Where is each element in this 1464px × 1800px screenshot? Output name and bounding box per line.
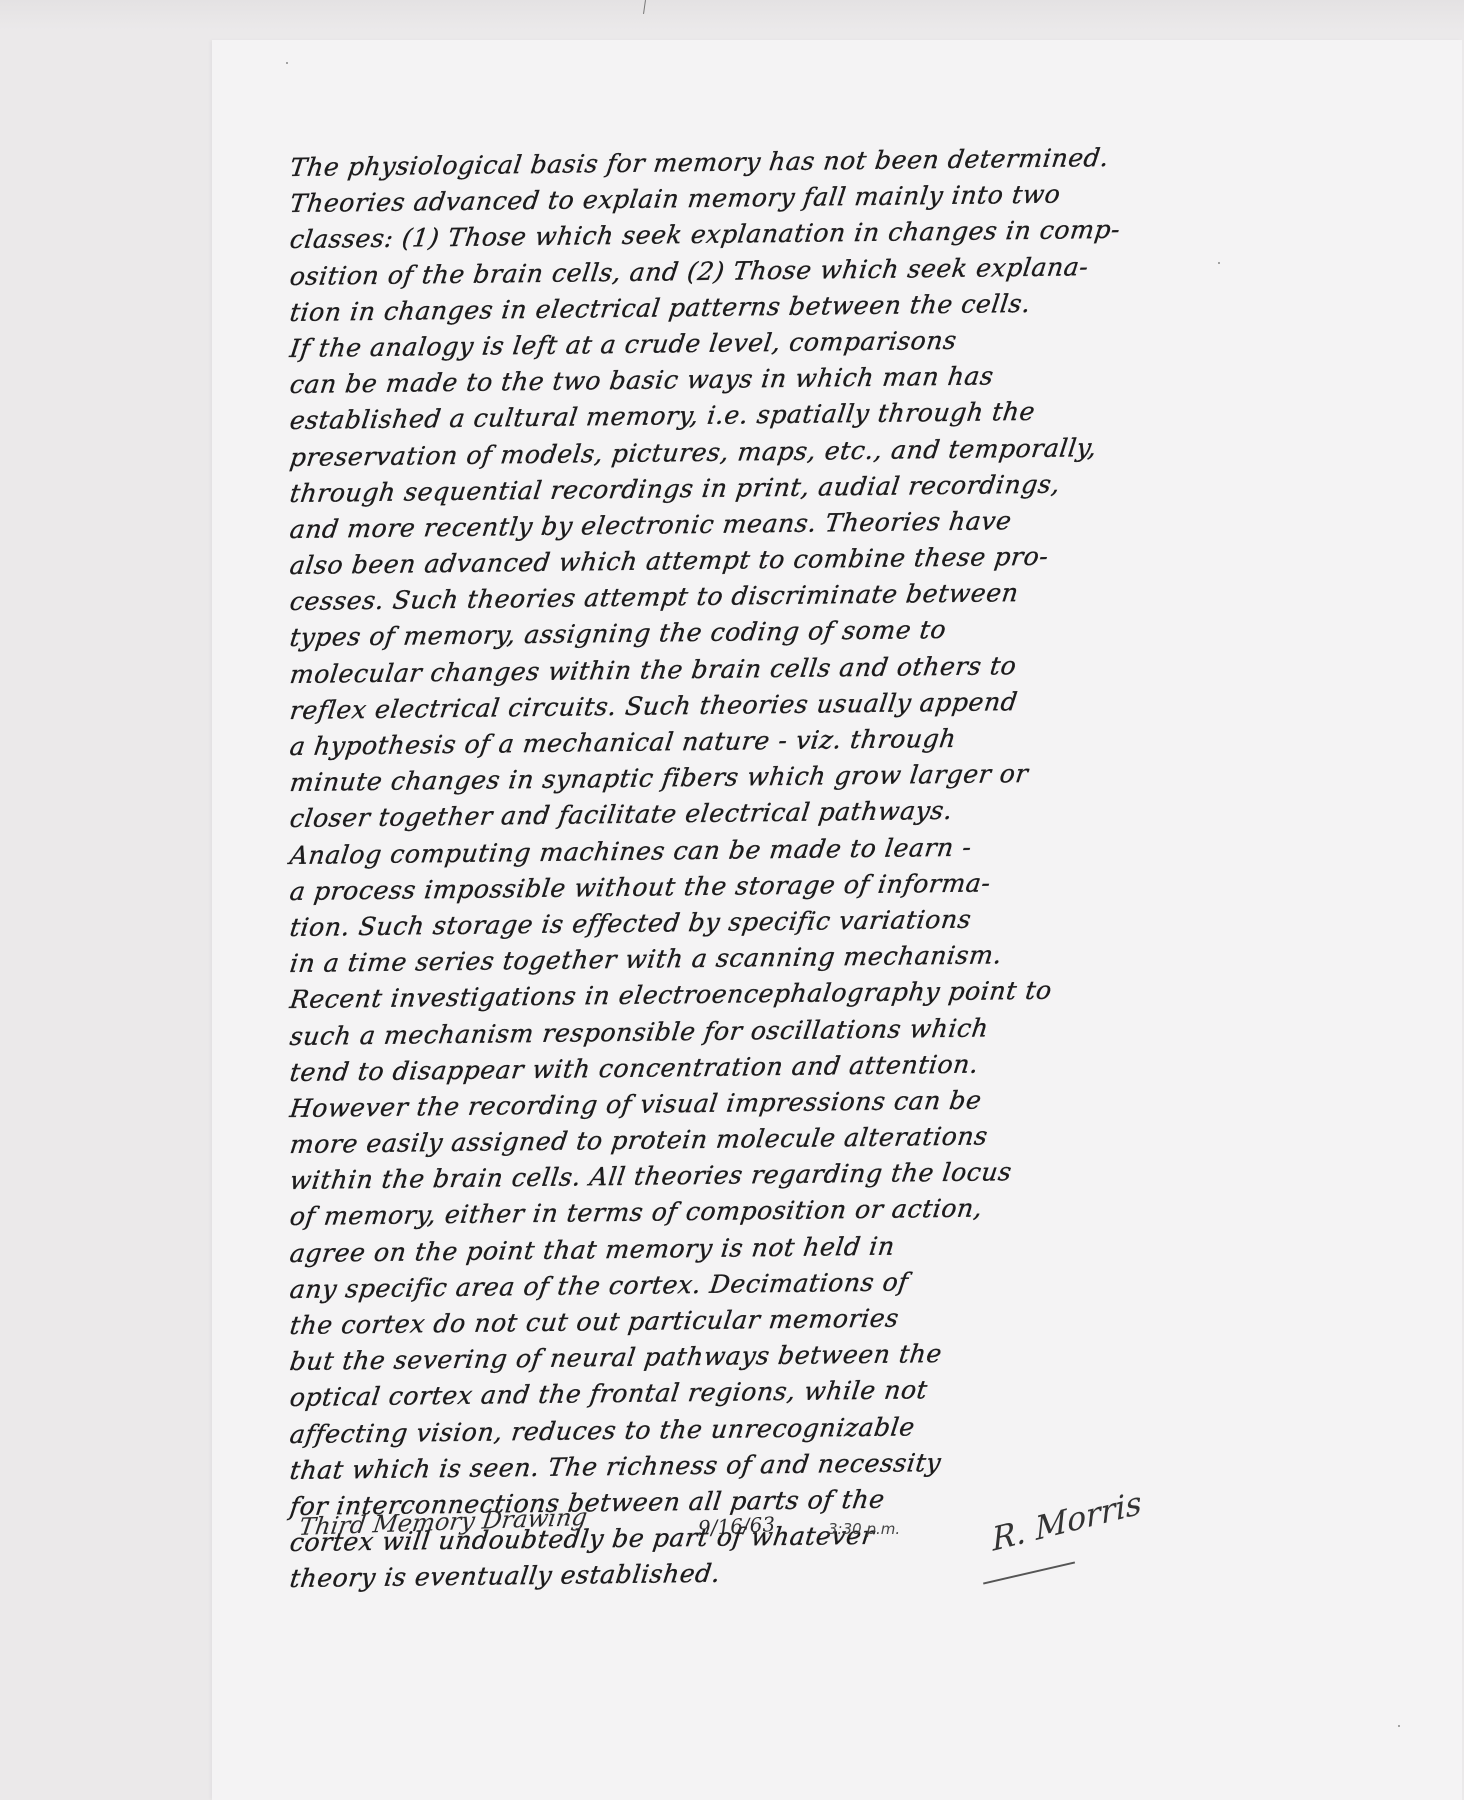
paper-speck xyxy=(1218,262,1220,264)
handwritten-text-block: The physiological basis for memory has n… xyxy=(290,150,1220,1598)
caption: Third Memory Drawing 9/16/63 3:30 p.m. R… xyxy=(300,1500,1200,1590)
caption-time: 3:30 p.m. xyxy=(828,1520,900,1538)
mount-border xyxy=(0,0,1464,30)
paper-speck xyxy=(1398,1725,1400,1727)
paper-speck xyxy=(286,62,288,64)
signature-underline xyxy=(983,1561,1075,1584)
caption-title: Third Memory Drawing xyxy=(297,1503,589,1541)
caption-date: 9/16/63 xyxy=(697,1512,775,1540)
